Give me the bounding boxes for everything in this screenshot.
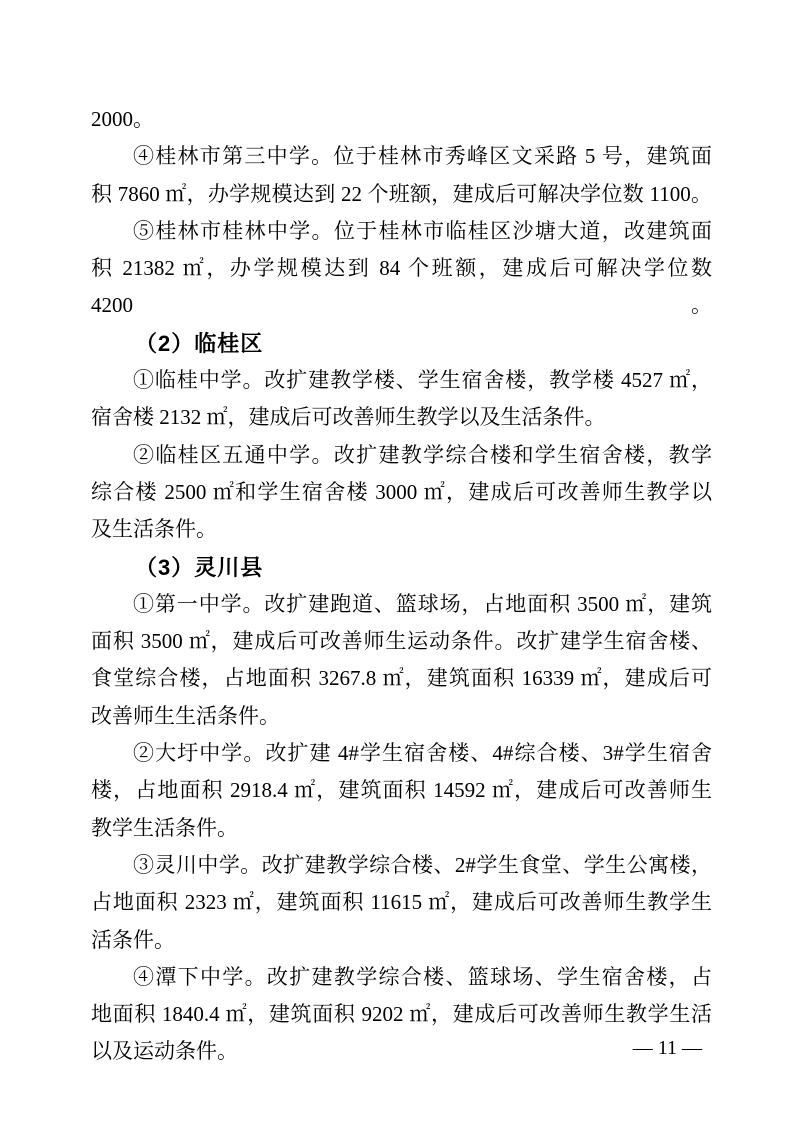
text-line: ②临桂区五通中学。改扩建教学综合楼和学生宿舍楼，教学 xyxy=(91,437,712,474)
text-line: 改善师生生活条件。 xyxy=(91,698,712,735)
text-line: 地面积 1840.4 ㎡，建筑面积 9202 ㎡，建成后可改善师生教学生活 xyxy=(91,996,712,1033)
text-line: ①第一中学。改扩建跑道、篮球场，占地面积 3500 ㎡，建筑 xyxy=(91,586,712,623)
text-line: 积 21382 ㎡，办学规模达到 84 个班额，建成后可解决学位数 4200。 xyxy=(91,250,712,325)
section-heading: （3）灵川县 xyxy=(91,549,712,586)
section-heading: （2）临桂区 xyxy=(91,325,712,362)
text-line: ②大圩中学。改扩建 4#学生宿舍楼、4#综合楼、3#学生宿舍 xyxy=(91,735,712,772)
text-line: 楼，占地面积 2918.4 ㎡，建筑面积 14592 ㎡，建成后可改善师生 xyxy=(91,772,712,809)
text-line: ④桂林市第三中学。位于桂林市秀峰区文采路 5 号，建筑面 xyxy=(91,138,712,175)
text-line: 面积 3500 ㎡，建成后可改善师生运动条件。改扩建学生宿舍楼、 xyxy=(91,623,712,660)
text-line: ③灵川中学。改扩建教学综合楼、2#学生食堂、学生公寓楼， xyxy=(91,847,712,884)
text-line: 占地面积 2323 ㎡，建筑面积 11615 ㎡，建成后可改善师生教学生 xyxy=(91,884,712,921)
text-line: 综合楼 2500 ㎡和学生宿舍楼 3000 ㎡，建成后可改善师生教学以 xyxy=(91,474,712,511)
text-line: ①临桂中学。改扩建教学楼、学生宿舍楼，教学楼 4527 ㎡， xyxy=(91,362,712,399)
text-line: ④潭下中学。改扩建教学综合楼、篮球场、学生宿舍楼，占 xyxy=(91,959,712,996)
text-line: 活条件。 xyxy=(91,922,712,959)
page-number: — 11 — xyxy=(0,1034,702,1062)
document-body: 2000。 ④桂林市第三中学。位于桂林市秀峰区文采路 5 号，建筑面 积 786… xyxy=(91,101,712,1071)
text-line: 及生活条件。 xyxy=(91,511,712,548)
text-line: 积 7860 ㎡，办学规模达到 22 个班额，建成后可解决学位数 1100。 xyxy=(91,176,712,213)
text-line: 2000。 xyxy=(91,101,712,138)
document-page: 2000。 ④桂林市第三中学。位于桂林市秀峰区文采路 5 号，建筑面 积 786… xyxy=(0,0,794,1123)
text-line: 教学生活条件。 xyxy=(91,810,712,847)
text-line: 宿舍楼 2132 ㎡，建成后可改善师生教学以及生活条件。 xyxy=(91,399,712,436)
text-line: 食堂综合楼，占地面积 3267.8 ㎡，建筑面积 16339 ㎡，建成后可 xyxy=(91,660,712,697)
text-line: ⑤桂林市桂林中学。位于桂林市临桂区沙塘大道，改建筑面 xyxy=(91,213,712,250)
